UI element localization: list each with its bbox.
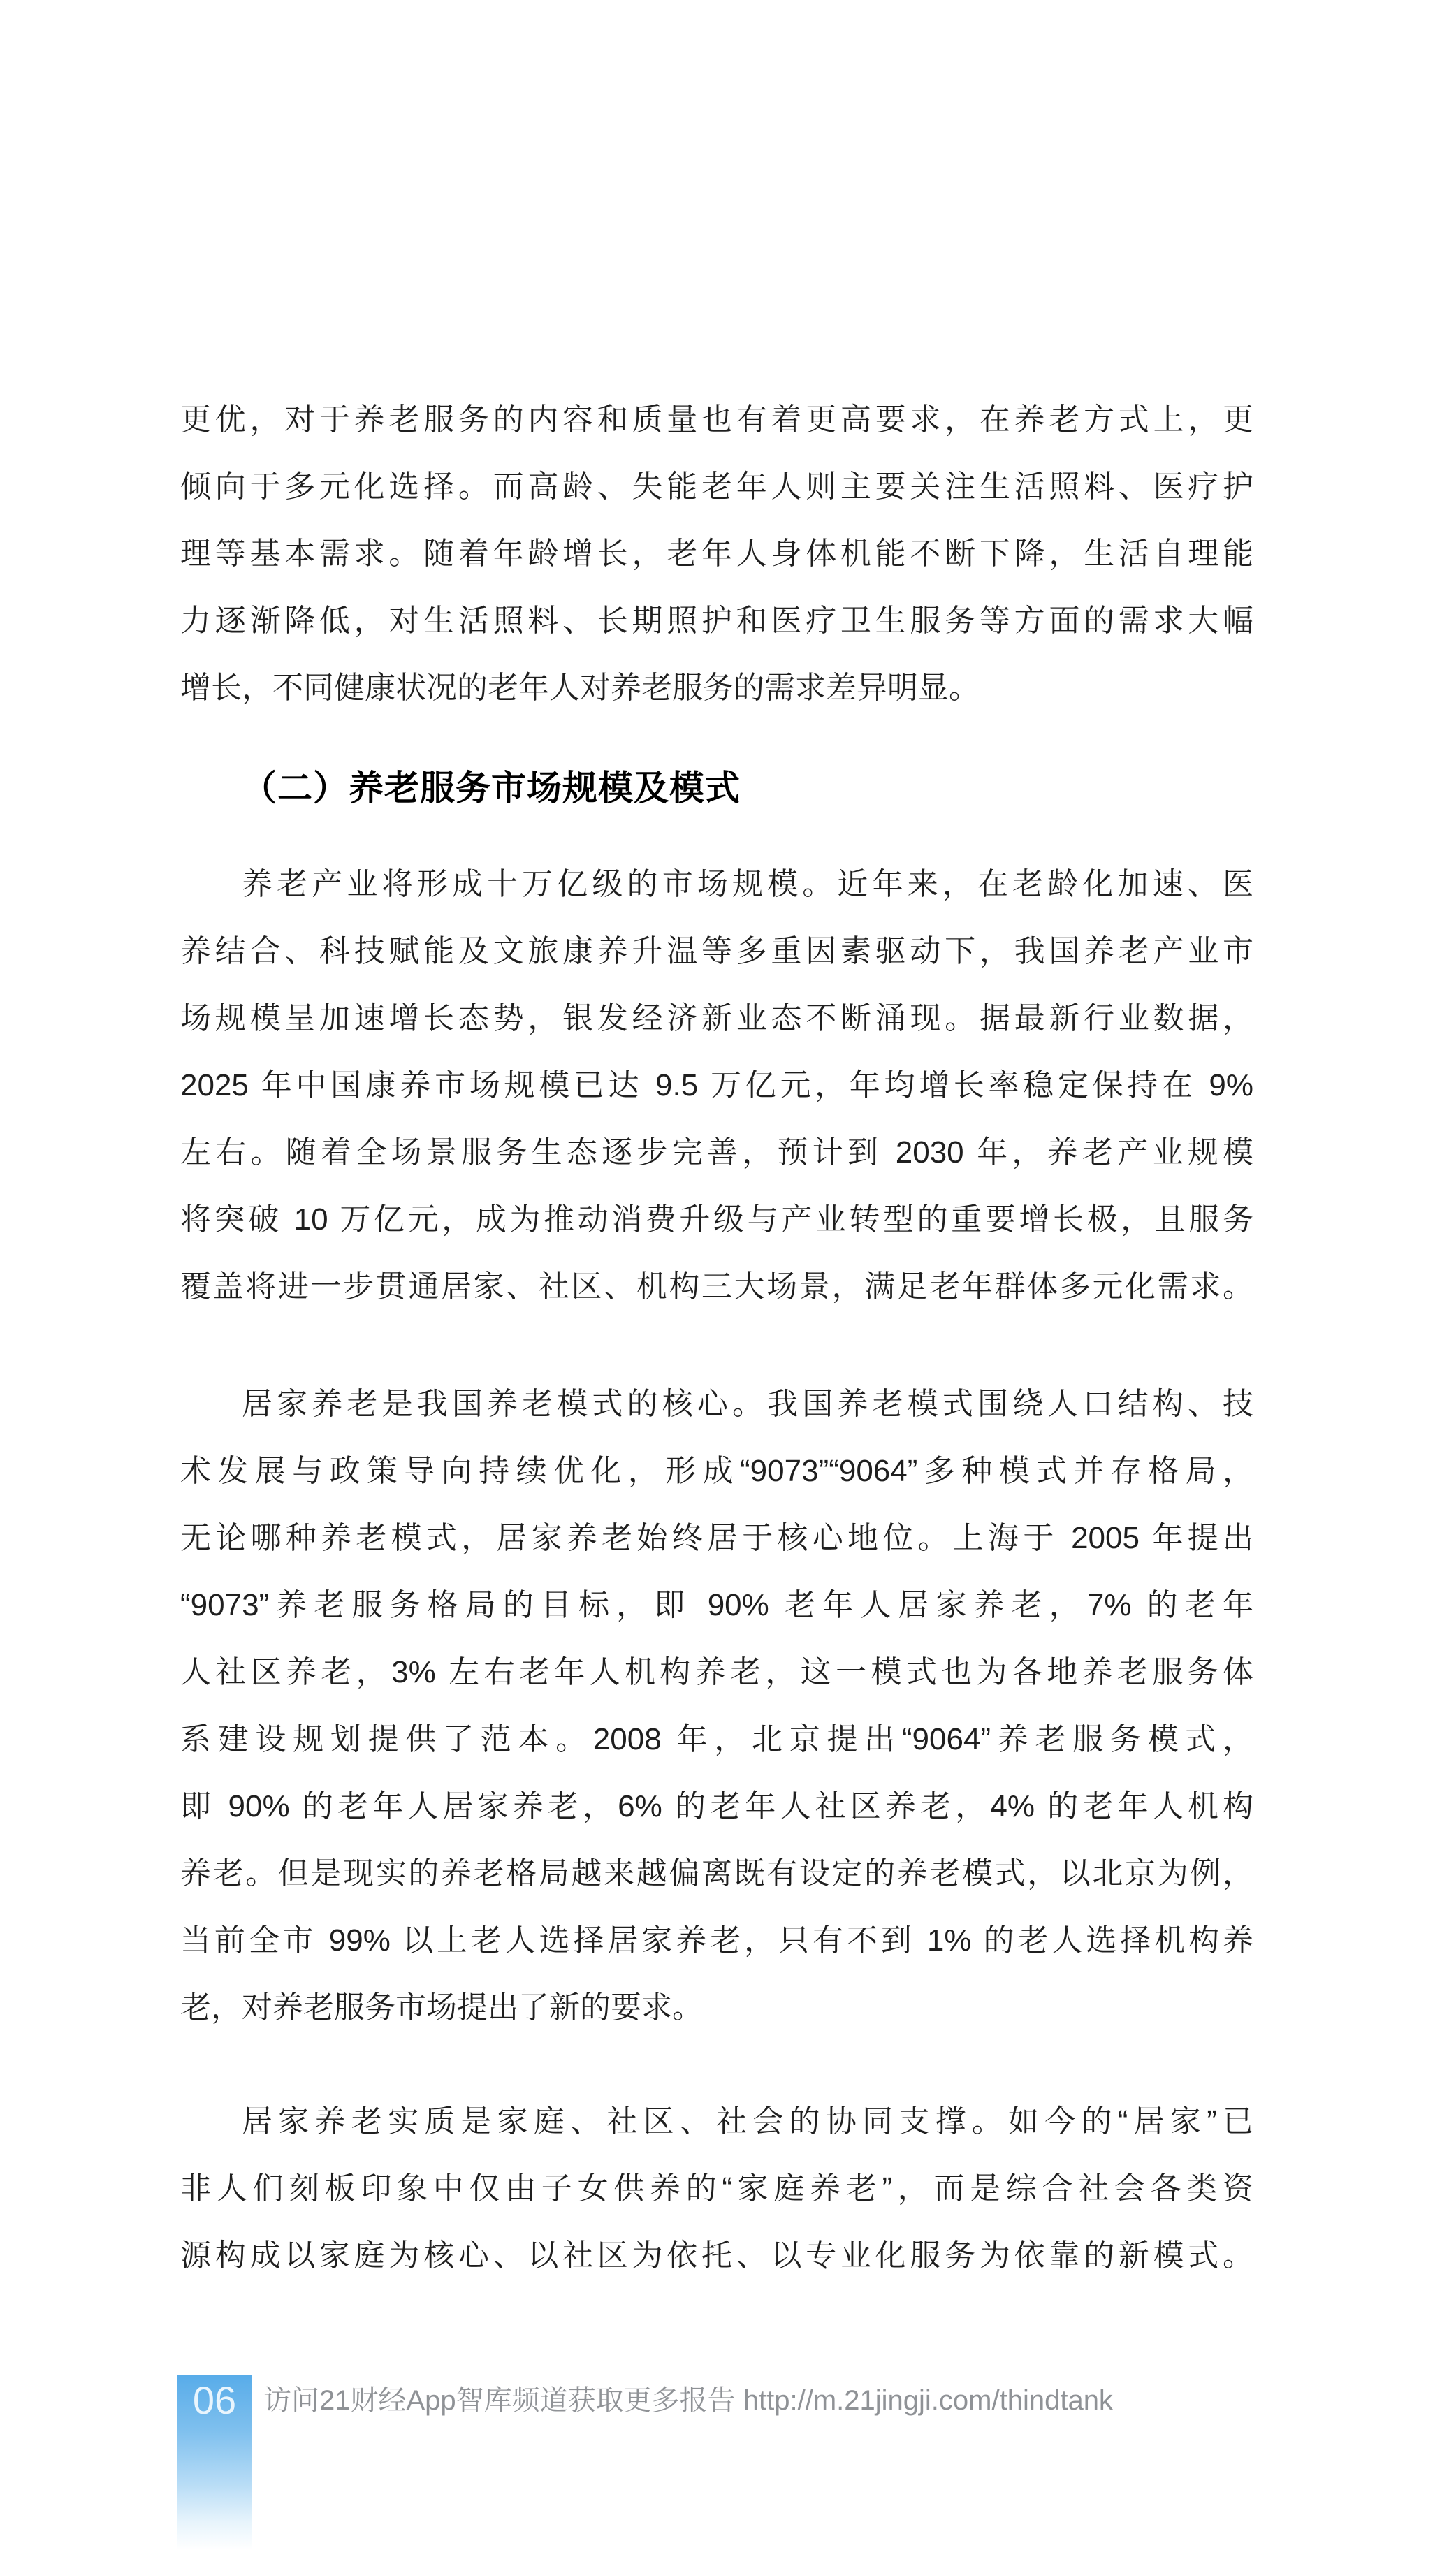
text-line: 养老产业将形成十万亿级的市场规模。近年来，在老龄化加速、医 — [180, 851, 1253, 918]
text-line: 术发展与政策导向持续优化，形成“9073”“9064”多种模式并存格局， — [180, 1438, 1253, 1505]
body-paragraph: 更优，对于养老服务的内容和质量也有着更高要求，在养老方式上，更倾向于多元化选择。… — [180, 386, 1253, 722]
text-line: 源构成以家庭为核心、以社区为依托、以专业化服务为依靠的新模式。 — [180, 2222, 1253, 2289]
footer-note: 访问21财经App智库频道获取更多报告 http://m.21jingji.co… — [263, 2384, 1113, 2417]
text-line: 场规模呈加速增长态势，银发经济新业态不断涌现。据最新行业数据， — [180, 985, 1253, 1052]
text-line: 力逐渐降低，对生活照料、长期照护和医疗卫生服务等方面的需求大幅 — [180, 588, 1253, 655]
text-line: 人社区养老，3% 左右老年人机构养老，这一模式也为各地养老服务体 — [180, 1639, 1253, 1706]
text-line: 将突破 10 万亿元，成为推动消费升级与产业转型的重要增长极，且服务 — [180, 1186, 1253, 1253]
page-footer: 06 访问21财经App智库频道获取更多报告 http://m.21jingji… — [177, 2375, 1113, 2550]
text-line: 养老。但是现实的养老格局越来越偏离既有设定的养老模式，以北京为例， — [180, 1840, 1253, 1907]
text-line: 非人们刻板印象中仅由子女供养的“家庭养老”，而是综合社会各类资 — [180, 2155, 1253, 2222]
text-line: 居家养老是我国养老模式的核心。我国养老模式围绕人口结构、技 — [180, 1371, 1253, 1438]
text-line: 覆盖将进一步贯通居家、社区、机构三大场景，满足老年群体多元化需求。 — [180, 1253, 1253, 1320]
text-line: 系建设规划提供了范本。2008 年，北京提出“9064”养老服务模式， — [180, 1706, 1253, 1773]
section-heading: （二）养老服务市场规模及模式 — [180, 767, 1253, 809]
body-paragraph: 居家养老是我国养老模式的核心。我国养老模式围绕人口结构、技术发展与政策导向持续优… — [180, 1371, 1253, 2041]
page-number: 06 — [177, 2380, 252, 2421]
body-paragraph: 居家养老实质是家庭、社区、社会的协同支撑。如今的“居家”已非人们刻板印象中仅由子… — [180, 2088, 1253, 2289]
text-line: 养结合、科技赋能及文旅康养升温等多重因素驱动下，我国养老产业市 — [180, 918, 1253, 985]
text-line: 即 90% 的老年人居家养老，6% 的老年人社区养老，4% 的老年人机构 — [180, 1773, 1253, 1840]
page-body: 更优，对于养老服务的内容和质量也有着更高要求，在养老方式上，更倾向于多元化选择。… — [180, 386, 1253, 2289]
text-line: 增长，不同健康状况的老年人对养老服务的需求差异明显。 — [180, 655, 1253, 722]
text-line: “9073”养老服务格局的目标，即 90% 老年人居家养老，7% 的老年 — [180, 1572, 1253, 1639]
text-line: 老，对养老服务市场提出了新的要求。 — [180, 1974, 1253, 2041]
page-number-badge: 06 — [177, 2375, 252, 2550]
report-page: 更优，对于养老服务的内容和质量也有着更高要求，在养老方式上，更倾向于多元化选择。… — [0, 0, 1456, 2550]
text-line: 更优，对于养老服务的内容和质量也有着更高要求，在养老方式上，更 — [180, 386, 1253, 453]
text-line: 无论哪种养老模式，居家养老始终居于核心地位。上海于 2005 年提出 — [180, 1505, 1253, 1572]
text-line: 当前全市 99% 以上老人选择居家养老，只有不到 1% 的老人选择机构养 — [180, 1907, 1253, 1974]
text-line: 左右。随着全场景服务生态逐步完善，预计到 2030 年，养老产业规模 — [180, 1119, 1253, 1186]
body-paragraph: 养老产业将形成十万亿级的市场规模。近年来，在老龄化加速、医养结合、科技赋能及文旅… — [180, 851, 1253, 1320]
text-line: 2025 年中国康养市场规模已达 9.5 万亿元，年均增长率稳定保持在 9% — [180, 1052, 1253, 1119]
text-line: 居家养老实质是家庭、社区、社会的协同支撑。如今的“居家”已 — [180, 2088, 1253, 2155]
text-line: 理等基本需求。随着年龄增长，老年人身体机能不断下降，生活自理能 — [180, 520, 1253, 588]
text-line: 倾向于多元化选择。而高龄、失能老年人则主要关注生活照料、医疗护 — [180, 453, 1253, 520]
